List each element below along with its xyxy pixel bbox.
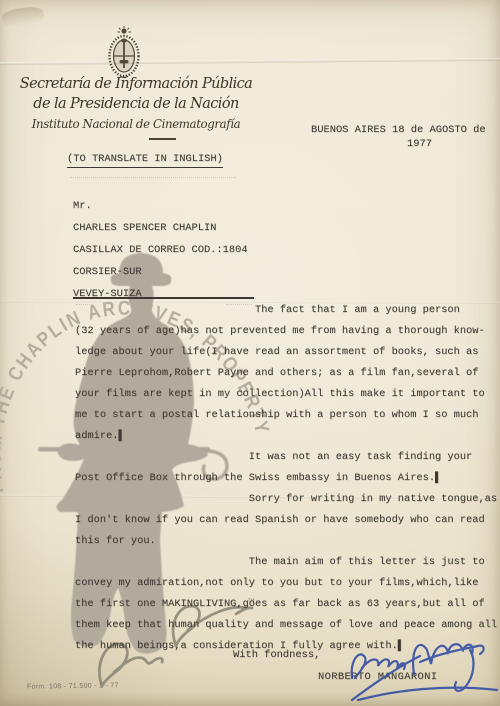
ink-signature <box>0 0 500 706</box>
scanned-letter-page: FROM THE CHAPLIN ARCHIVES, PROPERTY OF R… <box>0 0 500 706</box>
